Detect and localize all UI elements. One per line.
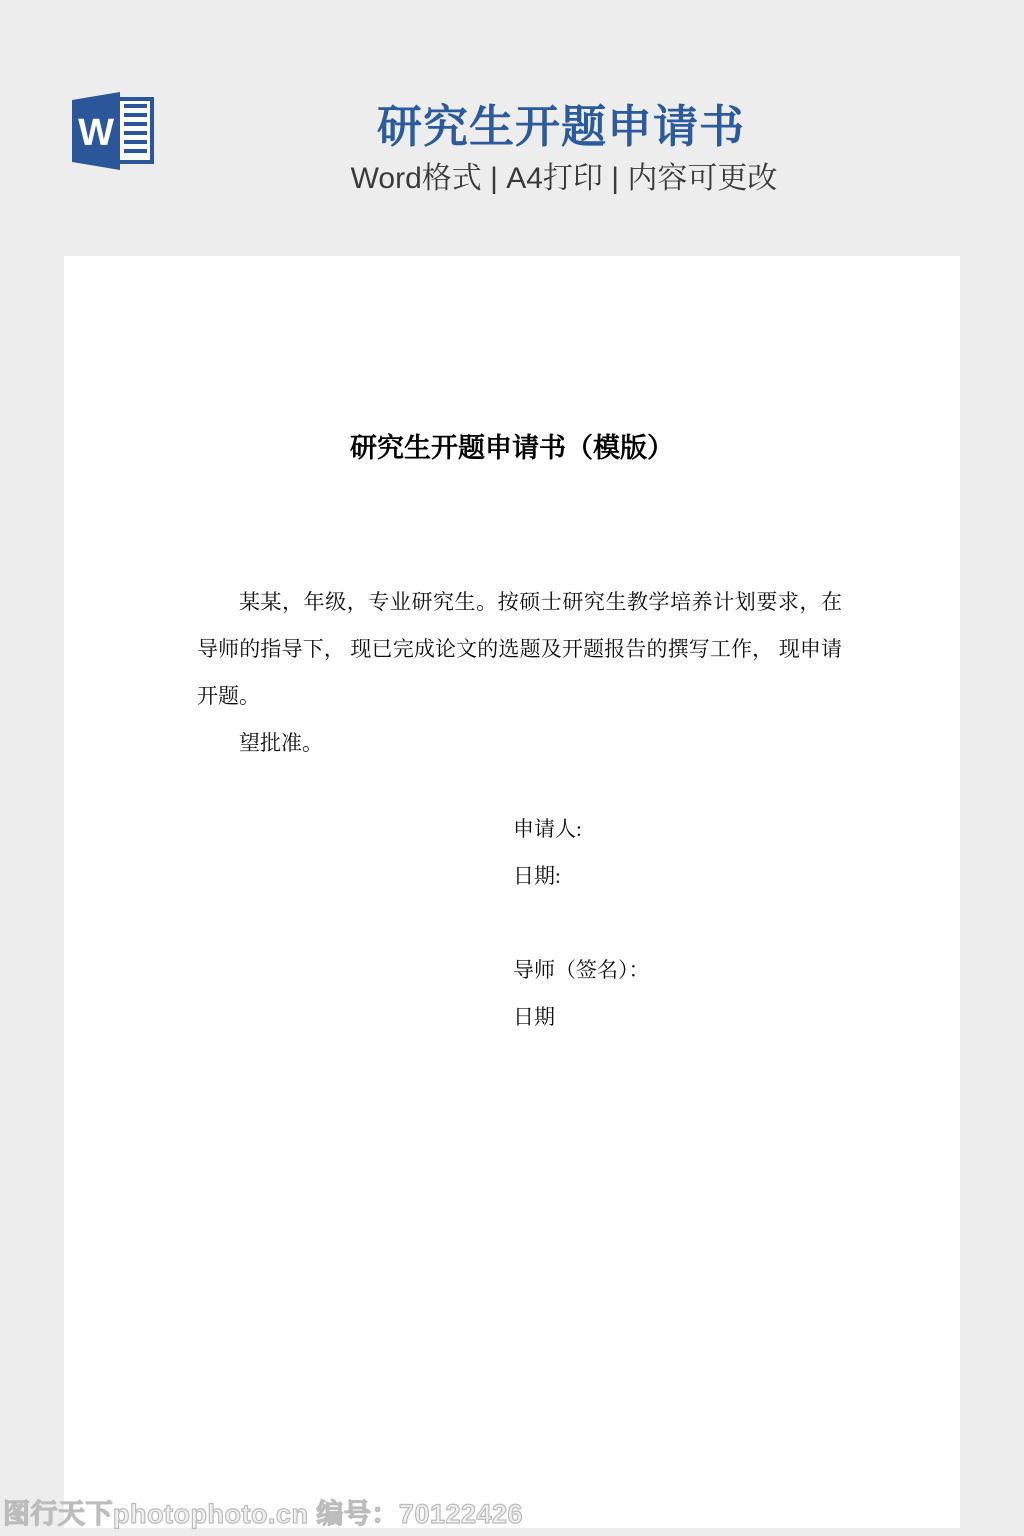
signature-block: 申请人: 日期: 导师（签名）： 日期 xyxy=(513,806,650,1041)
document-paragraph: 望批准。 xyxy=(197,720,842,767)
page-title: 研究生开题申请书 xyxy=(377,90,745,155)
page-subtitle: Word格式 | A4打印 | 内容可更改 xyxy=(351,153,778,197)
word-icon: W xyxy=(72,90,156,172)
watermark-text: 图行天下photophoto.cn 编号：70122426 xyxy=(3,1492,523,1531)
document-paragraph: 某某，年级，专业研究生。按硕士研究生教学培养计划要求，在导师的指导下， 现已完成… xyxy=(197,579,842,720)
applicant-label: 申请人: xyxy=(513,806,650,853)
document-page: 研究生开题申请书（模版） 某某，年级，专业研究生。按硕士研究生教学培养计划要求，… xyxy=(64,256,960,1528)
applicant-date-label: 日期: xyxy=(513,853,650,900)
advisor-label: 导师（签名）： xyxy=(513,947,650,994)
document-body: 某某，年级，专业研究生。按硕士研究生教学培养计划要求，在导师的指导下， 现已完成… xyxy=(197,579,842,767)
word-icon-letter: W xyxy=(78,112,114,154)
document-title: 研究生开题申请书（模版） xyxy=(64,430,960,466)
signature-spacer xyxy=(513,900,650,947)
page-background: { "header": { "title": "研究生开题申请书", "subt… xyxy=(0,0,1024,1536)
advisor-date-label: 日期 xyxy=(513,994,650,1041)
